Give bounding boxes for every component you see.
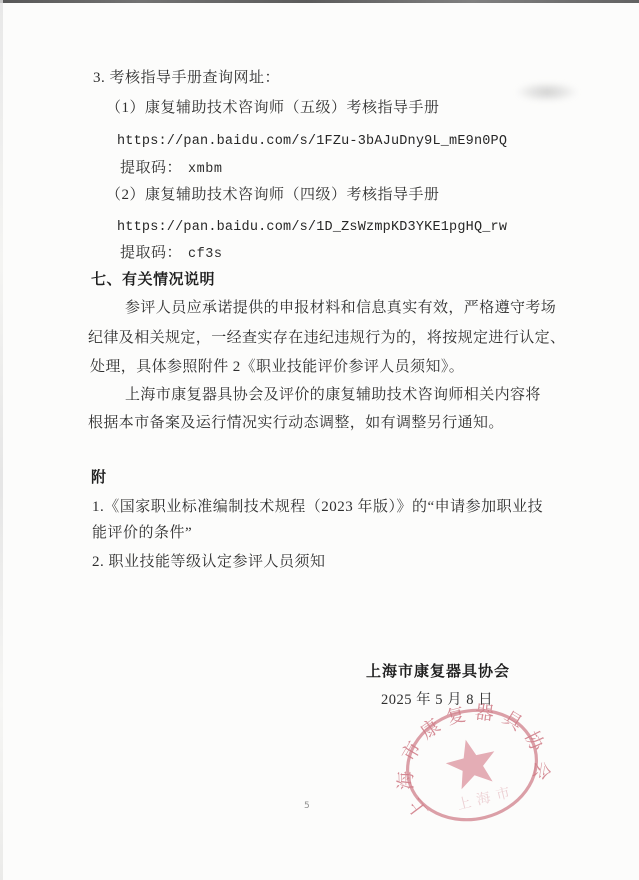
- extraction-code-label: 提取码：: [120, 160, 182, 176]
- paragraph-line: 参评人员应承诺提供的申报材料和信息真实有效，严格遵守考场: [125, 299, 556, 317]
- page-number: 5: [304, 801, 310, 811]
- extraction-code-label: 提取码：: [120, 245, 182, 261]
- document-page: 3. 考核指导手册查询网址： （1）康复辅助技术咨询师（五级）考核指导手册 ht…: [0, 0, 639, 880]
- manual-item-title: （2）康复辅助技术咨询师（四级）考核指导手册: [106, 186, 440, 204]
- paragraph-line: 根据本市备案及运行情况实行动态调整，如有调整另行通知。: [88, 414, 504, 432]
- attachment-item: 能评价的条件”: [92, 524, 192, 542]
- extraction-code-value: xmbm: [188, 162, 222, 177]
- extraction-code-line: 提取码：cf3s: [120, 244, 222, 264]
- seal-star-icon: [441, 734, 501, 792]
- section7-heading: 七、有关情况说明: [91, 271, 215, 289]
- paragraph-line: 纪律及相关规定，一经查实存在违纪违规行为的，将按规定进行认定、: [88, 329, 565, 347]
- scan-smudge: [515, 82, 579, 102]
- scan-edge-left: [0, 0, 3, 880]
- paragraph-line: 上海市康复器具协会及评价的康复辅助技术咨询师相关内容将: [125, 386, 541, 404]
- scan-edge-top: [0, 0, 639, 3]
- manual-item-title: （1）康复辅助技术咨询师（五级）考核指导手册: [106, 99, 440, 117]
- attachments-heading: 附: [91, 469, 107, 487]
- manual-item-url: https://pan.baidu.com/s/1D_ZsWzmpKD3YKE1…: [117, 219, 507, 237]
- attachment-item: 1.《国家职业标准编制技术规程（2023 年版）》的“申请参加职业技: [92, 498, 543, 516]
- attachment-item: 2. 职业技能等级认定参评人员须知: [92, 553, 326, 571]
- manual-item-url: https://pan.baidu.com/s/1FZu-3bAJuDny9L_…: [117, 133, 507, 151]
- paragraph-line: 处理，具体参照附件 2《职业技能评价参评人员须知》。: [90, 358, 464, 376]
- section3-heading: 3. 考核指导手册查询网址：: [93, 69, 280, 87]
- extraction-code-line: 提取码：xmbm: [120, 159, 222, 179]
- extraction-code-value: cf3s: [188, 247, 222, 262]
